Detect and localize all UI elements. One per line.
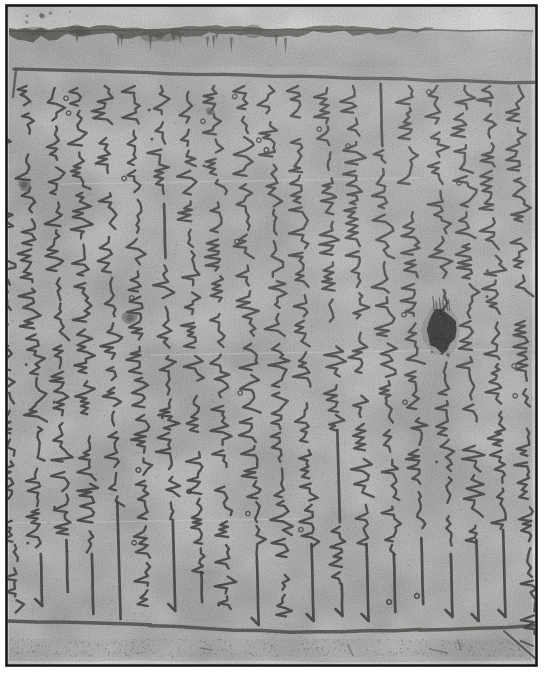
manuscript-photo [0,0,544,682]
photo-content [0,7,536,664]
grain-light [8,7,535,664]
manuscript-canvas [0,0,544,682]
